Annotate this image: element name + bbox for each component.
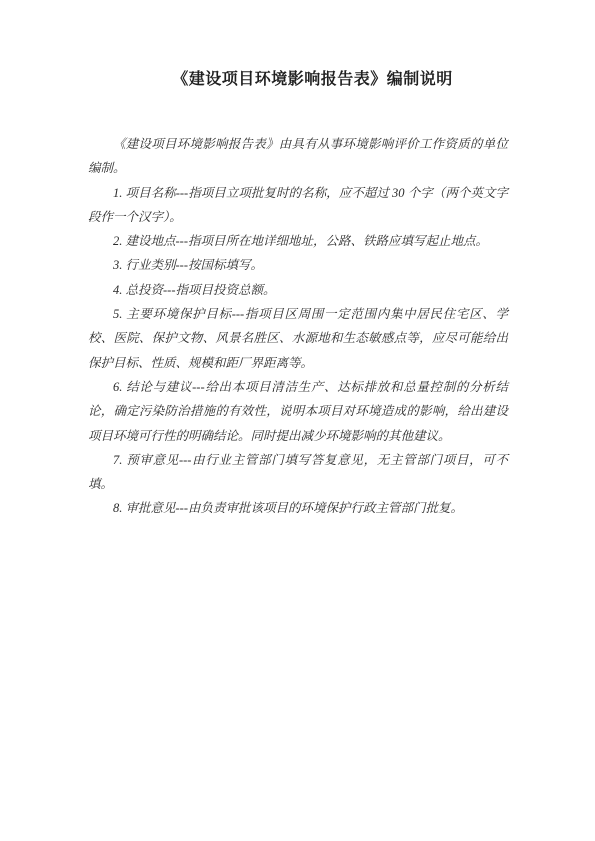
list-item-7-preliminary-review-opinion: 7. 预审意见---由行业主管部门填写答复意见，无主管部门项目，可不填。	[88, 448, 508, 497]
paragraph-intro: 《建设项目环境影响报告表》由具有从事环境影响评价工作资质的单位编制。	[88, 132, 508, 181]
list-item-3-industry-category: 3. 行业类别---按国标填写。	[88, 253, 508, 277]
list-item-5-protection-targets: 5. 主要环境保护目标---指项目区周围一定范围内集中居民住宅区、学校、医院、保…	[88, 302, 508, 375]
list-item-2-construction-site: 2. 建设地点---指项目所在地详细地址，公路、铁路应填写起止地点。	[88, 229, 508, 253]
doc-title: 《建设项目环境影响报告表》编制说明	[0, 66, 595, 89]
list-item-6-conclusions-suggestions: 6. 结论与建议---给出本项目清洁生产、达标排放和总量控制的分析结论，确定污染…	[88, 375, 508, 448]
list-item-8-approval-opinion: 8. 审批意见---由负责审批该项目的环境保护行政主管部门批复。	[88, 496, 508, 520]
list-item-4-total-investment: 4. 总投资---指项目投资总额。	[88, 278, 508, 302]
list-item-1-project-name: 1. 项目名称---指项目立项批复时的名称，应不超过 30 个字（两个英文字段作…	[88, 181, 508, 230]
doc-body: 《建设项目环境影响报告表》由具有从事环境影响评价工作资质的单位编制。 1. 项目…	[88, 132, 508, 521]
document-page: 《建设项目环境影响报告表》编制说明 《建设项目环境影响报告表》由具有从事环境影响…	[0, 0, 595, 841]
